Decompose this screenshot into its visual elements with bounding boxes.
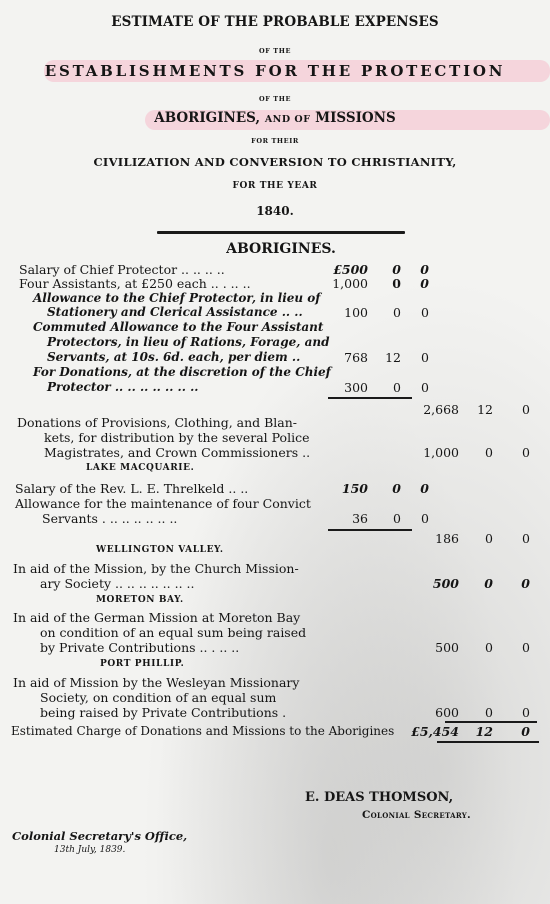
subtotal-lake-l: 186 [435, 531, 459, 546]
amt-discretion-s: 0 [393, 380, 401, 395]
total-rule-top [445, 721, 537, 723]
donations-s: 0 [485, 445, 493, 460]
section-title-wellington: WELLINGTON VALLEY. [96, 545, 224, 555]
item-convict-2: Servants . .. .. .. .. .. .. [42, 511, 177, 526]
item-donations-discretion-1: For Donations, at the discretion of the … [33, 365, 331, 380]
moreton-l: 500 [435, 640, 459, 655]
amt-chief-s: 0 [392, 262, 401, 277]
section-title-moreton: MORETON BAY. [96, 595, 184, 605]
amt-commuted-s: 12 [385, 350, 401, 365]
moreton-text-3: by Private Contributions .. . .. .. [40, 640, 239, 655]
port-phillip-text-1: In aid of Mission by the Wesleyan Missio… [13, 675, 299, 690]
item-convict-1: Allowance for the maintenance of four Co… [15, 496, 311, 511]
header-rule [157, 231, 405, 234]
amt-assistants-l: 1,000 [332, 276, 368, 291]
title-missions-word: MISSIONS [315, 110, 396, 126]
moreton-text-2: on condition of an equal sum being raise… [40, 625, 306, 640]
title-for-the-year: FOR THE YEAR [0, 181, 550, 191]
section-title-lake-macquarie: LAKE MACQUARIE. [86, 463, 194, 473]
section-title-aborigines: ABORIGINES. [156, 241, 406, 257]
item-allowance-chief-1: Allowance to the Chief Protector, in lie… [33, 291, 320, 306]
document-page: ESTIMATE OF THE PROBABLE EXPENSES OF THE… [0, 0, 550, 904]
port-phillip-s: 0 [485, 705, 493, 720]
subtotal-rule-aborigines [328, 397, 412, 399]
subtotal-lake-s: 0 [485, 531, 493, 546]
section-title-port-phillip: PORT PHILLIP. [100, 659, 184, 669]
amt-allowance-l: 100 [344, 305, 368, 320]
title-aborigines-word: ABORIGINES, [154, 110, 260, 126]
moreton-s: 0 [485, 640, 493, 655]
port-phillip-text-2: Society, on condition of an equal sum [40, 690, 276, 705]
office-date: 13th July, 1839. [54, 845, 125, 855]
amt-allowance-d: 0 [421, 305, 429, 320]
wellington-l: 500 [433, 576, 459, 591]
amt-threlkeld-s: 0 [392, 481, 401, 496]
subtotal-aborigines-l: 2,668 [423, 402, 459, 417]
wellington-d: 0 [521, 576, 530, 591]
donations-l: 1,000 [423, 445, 459, 460]
subtotal-rule-lake [328, 529, 412, 531]
item-donations-discretion-2: Protector .. .. .. .. .. .. .. [47, 380, 198, 395]
office-label: Colonial Secretary's Office, [12, 829, 187, 843]
item-commuted-2: Protectors, in lieu of Rations, Forage, … [47, 335, 329, 350]
amt-allowance-s: 0 [393, 305, 401, 320]
item-threlkeld: Salary of the Rev. L. E. Threlkeld .. .. [15, 481, 248, 496]
title-for-their: FOR THEIR [0, 137, 550, 145]
title-establishments: ESTABLISHMENTS FOR THE PROTECTION [0, 62, 550, 80]
amt-convict-s: 0 [393, 511, 401, 526]
port-phillip-text-3: being raised by Private Contributions . [40, 705, 286, 720]
item-allowance-chief-2: Stationery and Clerical Assistance .. .. [47, 305, 303, 320]
amt-discretion-d: 0 [421, 380, 429, 395]
amt-commuted-l: 768 [344, 350, 368, 365]
wellington-s: 0 [484, 576, 493, 591]
amt-threlkeld-d: 0 [420, 481, 429, 496]
total-label: Estimated Charge of Donations and Missio… [11, 724, 394, 739]
title-year: 1840. [0, 204, 550, 218]
item-chief-protector: Salary of Chief Protector .. .. .. .. [19, 262, 225, 277]
total-l: £5,454 [411, 724, 459, 739]
item-commuted-3: Servants, at 10s. 6d. each, per diem .. [47, 350, 300, 365]
amt-convict-d: 0 [421, 511, 429, 526]
moreton-text-1: In aid of the German Mission at Moreton … [13, 610, 300, 625]
amt-discretion-l: 300 [344, 380, 368, 395]
title-estimate: ESTIMATE OF THE PROBABLE EXPENSES [0, 14, 550, 30]
total-d: 0 [521, 724, 530, 739]
port-phillip-l: 600 [435, 705, 459, 720]
title-of-the-2: OF THE [0, 95, 550, 103]
amt-assistants-d: 0 [420, 276, 429, 291]
wellington-text-2: ary Society .. .. .. .. .. .. .. [40, 576, 194, 591]
item-four-assistants: Four Assistants, at £250 each .. . .. .. [19, 276, 251, 291]
total-rule-bottom [437, 741, 539, 743]
signature-title: Colonial Secretary. [362, 809, 471, 821]
title-and-of: AND OF [265, 114, 311, 125]
moreton-d: 0 [522, 640, 530, 655]
subtotal-aborigines-d: 0 [522, 402, 530, 417]
amt-convict-l: 36 [352, 511, 368, 526]
signature-name: E. DEAS THOMSON, [305, 790, 453, 805]
port-phillip-d: 0 [522, 705, 530, 720]
amt-chief-l: £500 [333, 262, 368, 277]
title-of-the-1: OF THE [0, 47, 550, 55]
donations-text-3: Magistrates, and Crown Commissioners .. [44, 445, 310, 460]
subtotal-aborigines-s: 12 [477, 402, 493, 417]
amt-chief-d: 0 [420, 262, 429, 277]
donations-text-1: Donations of Provisions, Clothing, and B… [17, 415, 297, 430]
subtotal-lake-d: 0 [522, 531, 530, 546]
title-aborigines-missions: ABORIGINES, AND OF MISSIONS [0, 110, 550, 126]
amt-commuted-d: 0 [421, 350, 429, 365]
donations-d: 0 [522, 445, 530, 460]
wellington-text-1: In aid of the Mission, by the Church Mis… [13, 561, 299, 576]
item-commuted-1: Commuted Allowance to the Four Assistant [33, 320, 323, 335]
total-s: 12 [476, 724, 493, 739]
donations-text-2: kets, for distribution by the several Po… [44, 430, 309, 445]
amt-threlkeld-l: 150 [342, 481, 368, 496]
amt-assistants-s: 0 [392, 276, 401, 291]
title-civilization: CIVILIZATION AND CONVERSION TO CHRISTIAN… [0, 155, 550, 169]
